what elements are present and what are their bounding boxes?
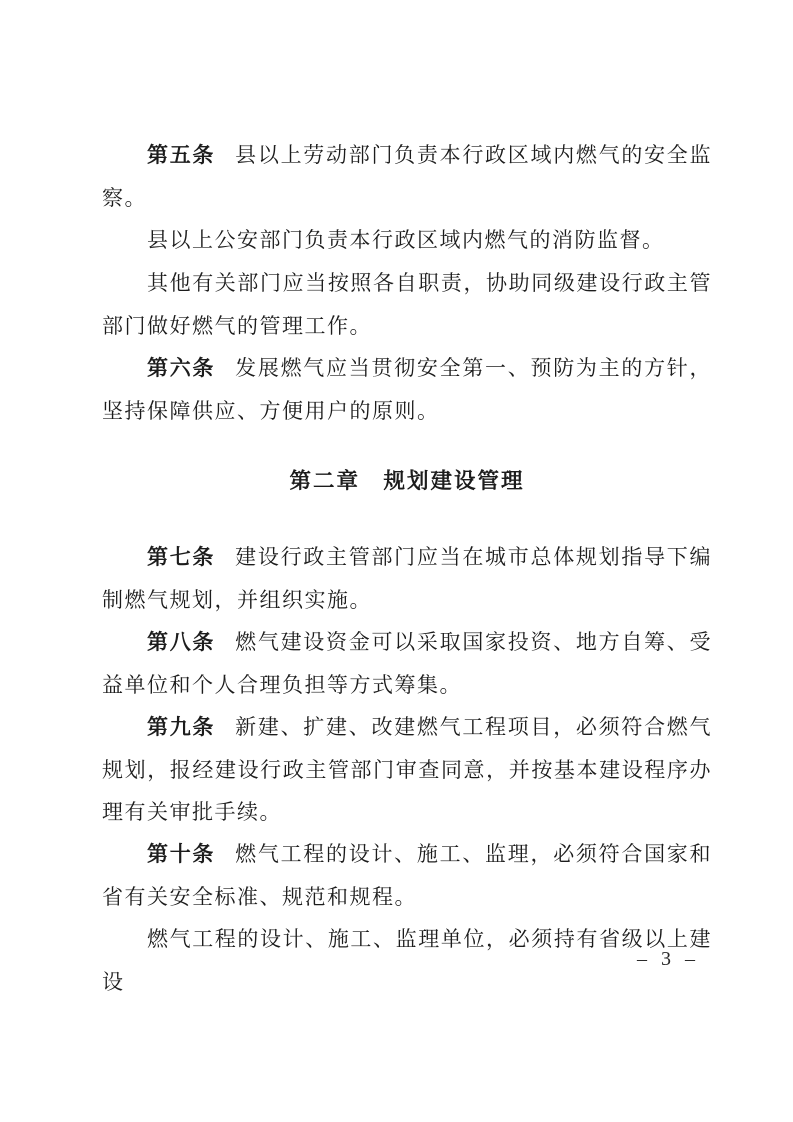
article-number-label: 第七条 [147,546,215,569]
article-number-label: 第五条 [147,144,215,167]
document-body: 第五条县以上劳动部门负责本行政区域内燃气的安全监察。 县以上公安部门负责本行政区… [102,134,712,1003]
article-number-label: 第九条 [147,716,215,739]
article-paragraph: 第七条建设行政主管部门应当在城市总体规划指导下编制燃气规划，并组织实施。 [102,536,712,621]
article-paragraph: 第十条燃气工程的设计、施工、监理，必须符合国家和省有关安全标准、规范和规程。 [102,833,712,918]
article-number-label: 第六条 [147,357,215,380]
paragraph-text: 燃气工程的设计、施工、监理单位，必须持有省级以上建设 [102,927,712,994]
article-paragraph: 县以上公安部门负责本行政区域内燃气的消防监督。 [102,219,712,262]
article-paragraph: 第九条新建、扩建、改建燃气工程项目，必须符合燃气规划，报经建设行政主管部门审查同… [102,706,712,833]
paragraph-text: 县以上公安部门负责本行政区域内燃气的消防监督。 [147,228,665,252]
chapter-heading: 第二章 规划建设管理 [102,460,712,502]
article-paragraph: 燃气工程的设计、施工、监理单位，必须持有省级以上建设 [102,918,712,1003]
article-number-label: 第十条 [147,843,215,866]
document-page: 第五条县以上劳动部门负责本行政区域内燃气的安全监察。 县以上公安部门负责本行政区… [0,0,793,1122]
article-paragraph: 第六条发展燃气应当贯彻安全第一、预防为主的方针，坚持保障供应、方便用户的原则。 [102,347,712,432]
article-paragraph: 第八条燃气建设资金可以采取国家投资、地方自筹、受益单位和个人合理负担等方式筹集。 [102,621,712,706]
paragraph-text: 其他有关部门应当按照各自职责，协助同级建设行政主管部门做好燃气的管理工作。 [102,271,712,338]
article-number-label: 第八条 [147,631,215,654]
article-paragraph: 其他有关部门应当按照各自职责，协助同级建设行政主管部门做好燃气的管理工作。 [102,262,712,347]
article-paragraph: 第五条县以上劳动部门负责本行政区域内燃气的安全监察。 [102,134,712,219]
page-number: – 3 – [637,944,697,974]
